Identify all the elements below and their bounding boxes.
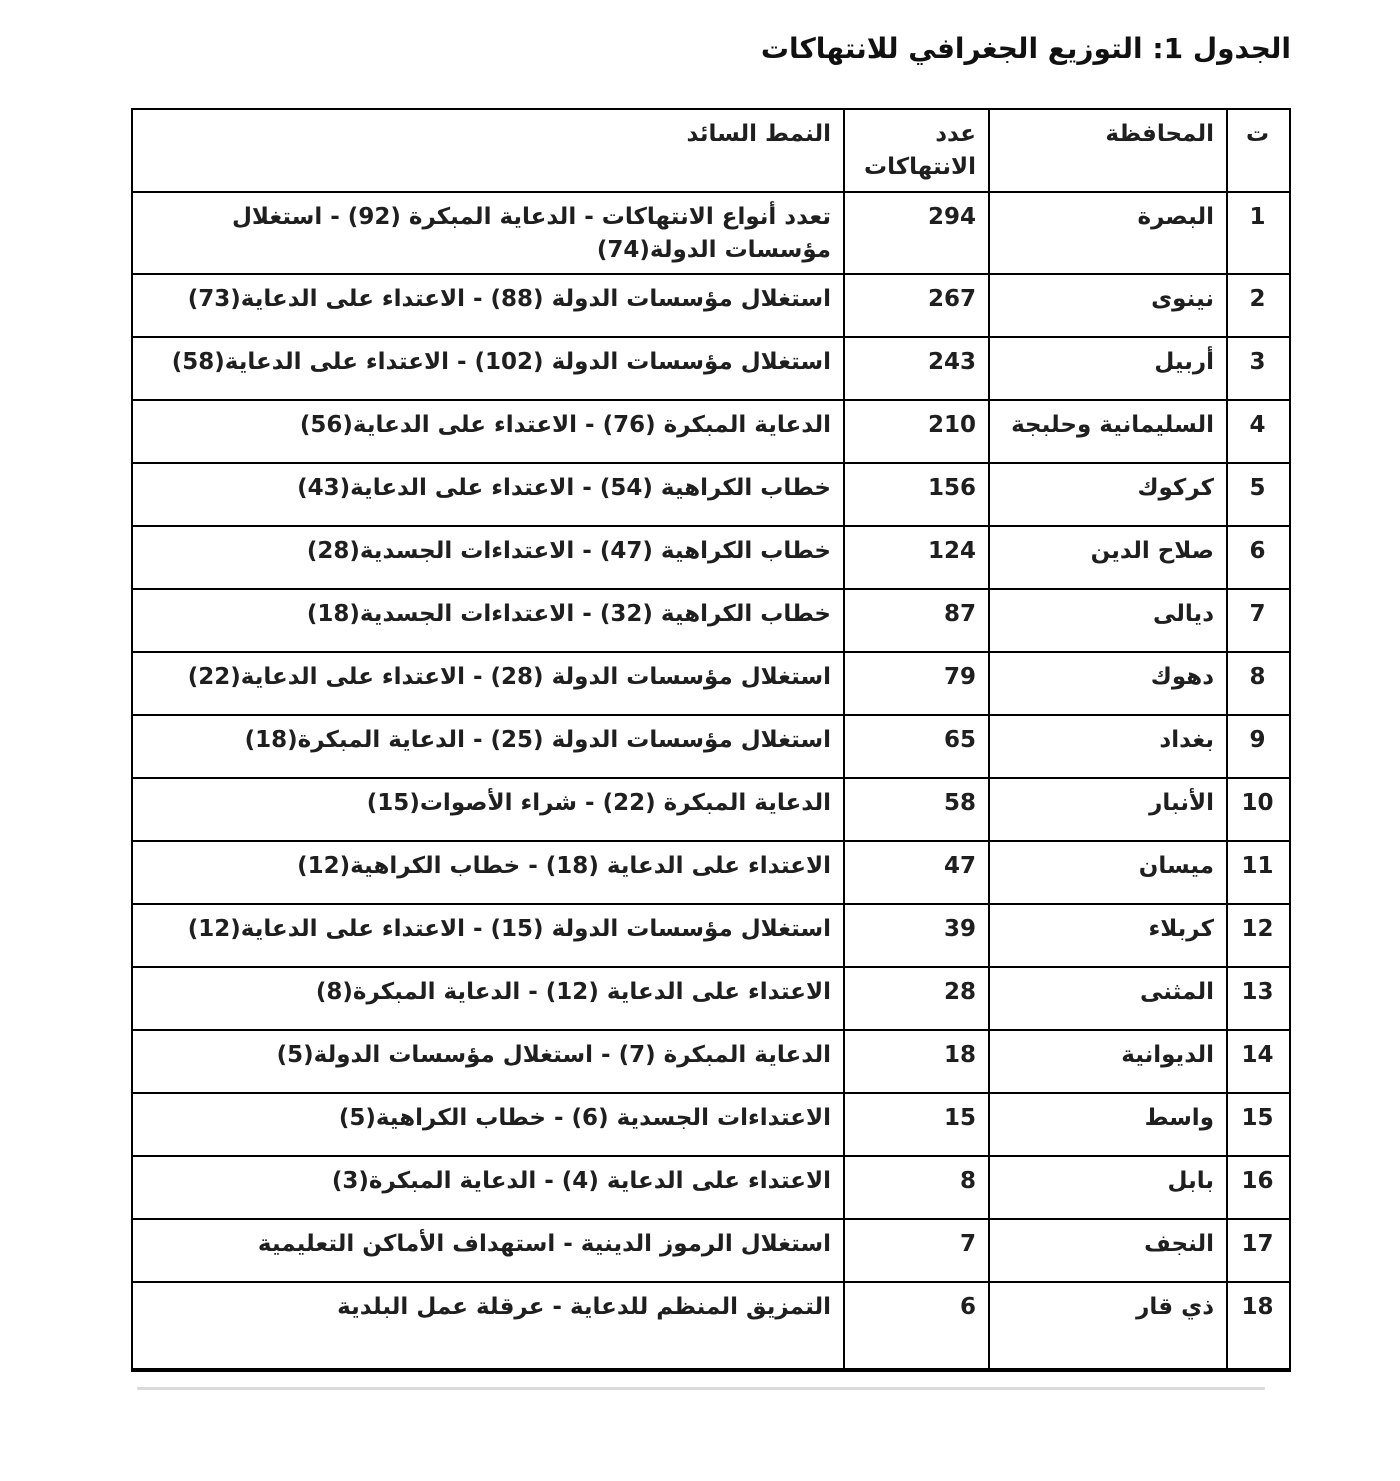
table-header-row: ت المحافظة عدد الانتهاكات النمط السائد [132, 109, 1290, 192]
page-title: الجدول 1: التوزيع الجغرافي للانتهاكات [761, 32, 1291, 65]
cell-violations-count: 47 [844, 841, 989, 904]
table-row: 8 دهوك 79 استغلال مؤسسات الدولة (28) - ا… [132, 652, 1290, 715]
cell-index: 1 [1227, 192, 1290, 275]
cell-violations-count: 243 [844, 337, 989, 400]
table-row: 18 ذي قار 6 التمزيق المنظم للدعاية - عرق… [132, 1282, 1290, 1370]
cell-index: 11 [1227, 841, 1290, 904]
table-row: 7 ديالى 87 خطاب الكراهية (32) - الاعتداء… [132, 589, 1290, 652]
cell-violations-count: 6 [844, 1282, 989, 1370]
cell-index: 6 [1227, 526, 1290, 589]
table-row: 15 واسط 15 الاعتداءات الجسدية (6) - خطاب… [132, 1093, 1290, 1156]
table-row: 12 كربلاء 39 استغلال مؤسسات الدولة (15) … [132, 904, 1290, 967]
cell-index: 13 [1227, 967, 1290, 1030]
cell-dominant-pattern: تعدد أنواع الانتهاكات - الدعاية المبكرة … [132, 192, 844, 275]
cell-dominant-pattern: استغلال مؤسسات الدولة (15) - الاعتداء عل… [132, 904, 844, 967]
header-index: ت [1227, 109, 1290, 192]
cell-governorate: دهوك [989, 652, 1227, 715]
cell-dominant-pattern: الاعتداء على الدعاية (12) - الدعاية المب… [132, 967, 844, 1030]
table-body: 1 البصرة 294 تعدد أنواع الانتهاكات - الد… [132, 192, 1290, 1371]
table-row: 6 صلاح الدين 124 خطاب الكراهية (47) - ال… [132, 526, 1290, 589]
page-divider [137, 1387, 1265, 1390]
table-row: 10 الأنبار 58 الدعاية المبكرة (22) - شرا… [132, 778, 1290, 841]
table-row: 17 النجف 7 استغلال الرموز الدينية - استه… [132, 1219, 1290, 1282]
cell-index: 3 [1227, 337, 1290, 400]
cell-index: 15 [1227, 1093, 1290, 1156]
cell-violations-count: 294 [844, 192, 989, 275]
cell-governorate: واسط [989, 1093, 1227, 1156]
cell-governorate: السليمانية وحلبجة [989, 400, 1227, 463]
header-governorate: المحافظة [989, 109, 1227, 192]
cell-governorate: ميسان [989, 841, 1227, 904]
table-row: 5 كركوك 156 خطاب الكراهية (54) - الاعتدا… [132, 463, 1290, 526]
cell-governorate: بغداد [989, 715, 1227, 778]
cell-violations-count: 58 [844, 778, 989, 841]
cell-dominant-pattern: خطاب الكراهية (54) - الاعتداء على الدعاي… [132, 463, 844, 526]
violations-table: ت المحافظة عدد الانتهاكات النمط السائد 1… [131, 108, 1291, 1372]
cell-violations-count: 79 [844, 652, 989, 715]
cell-dominant-pattern: استغلال الرموز الدينية - استهداف الأماكن… [132, 1219, 844, 1282]
cell-dominant-pattern: خطاب الكراهية (32) - الاعتداءات الجسدية(… [132, 589, 844, 652]
cell-dominant-pattern: استغلال مؤسسات الدولة (25) - الدعاية الم… [132, 715, 844, 778]
cell-violations-count: 124 [844, 526, 989, 589]
cell-index: 4 [1227, 400, 1290, 463]
header-violations-count: عدد الانتهاكات [844, 109, 989, 192]
cell-violations-count: 39 [844, 904, 989, 967]
table-row: 9 بغداد 65 استغلال مؤسسات الدولة (25) - … [132, 715, 1290, 778]
cell-index: 9 [1227, 715, 1290, 778]
cell-governorate: كربلاء [989, 904, 1227, 967]
cell-dominant-pattern: التمزيق المنظم للدعاية - عرقلة عمل البلد… [132, 1282, 844, 1370]
cell-index: 8 [1227, 652, 1290, 715]
cell-violations-count: 15 [844, 1093, 989, 1156]
cell-dominant-pattern: الاعتداءات الجسدية (6) - خطاب الكراهية(5… [132, 1093, 844, 1156]
cell-governorate: كركوك [989, 463, 1227, 526]
cell-dominant-pattern: استغلال مؤسسات الدولة (88) - الاعتداء عل… [132, 274, 844, 337]
cell-governorate: أربيل [989, 337, 1227, 400]
table-row: 1 البصرة 294 تعدد أنواع الانتهاكات - الد… [132, 192, 1290, 275]
table-row: 4 السليمانية وحلبجة 210 الدعاية المبكرة … [132, 400, 1290, 463]
cell-governorate: الأنبار [989, 778, 1227, 841]
table-row: 14 الديوانية 18 الدعاية المبكرة (7) - اس… [132, 1030, 1290, 1093]
cell-governorate: صلاح الدين [989, 526, 1227, 589]
cell-dominant-pattern: الاعتداء على الدعاية (18) - خطاب الكراهي… [132, 841, 844, 904]
cell-dominant-pattern: استغلال مؤسسات الدولة (28) - الاعتداء عل… [132, 652, 844, 715]
table-row: 11 ميسان 47 الاعتداء على الدعاية (18) - … [132, 841, 1290, 904]
table-row: 13 المثنى 28 الاعتداء على الدعاية (12) -… [132, 967, 1290, 1030]
cell-violations-count: 18 [844, 1030, 989, 1093]
cell-governorate: نينوى [989, 274, 1227, 337]
cell-index: 10 [1227, 778, 1290, 841]
cell-governorate: المثنى [989, 967, 1227, 1030]
table-row: 3 أربيل 243 استغلال مؤسسات الدولة (102) … [132, 337, 1290, 400]
cell-dominant-pattern: الدعاية المبكرة (76) - الاعتداء على الدع… [132, 400, 844, 463]
cell-dominant-pattern: الدعاية المبكرة (22) - شراء الأصوات(15) [132, 778, 844, 841]
cell-governorate: ديالى [989, 589, 1227, 652]
cell-index: 17 [1227, 1219, 1290, 1282]
cell-governorate: ذي قار [989, 1282, 1227, 1370]
cell-index: 2 [1227, 274, 1290, 337]
cell-index: 18 [1227, 1282, 1290, 1370]
cell-governorate: البصرة [989, 192, 1227, 275]
cell-dominant-pattern: خطاب الكراهية (47) - الاعتداءات الجسدية(… [132, 526, 844, 589]
cell-index: 7 [1227, 589, 1290, 652]
cell-violations-count: 7 [844, 1219, 989, 1282]
cell-governorate: بابل [989, 1156, 1227, 1219]
cell-index: 14 [1227, 1030, 1290, 1093]
cell-violations-count: 210 [844, 400, 989, 463]
cell-violations-count: 156 [844, 463, 989, 526]
cell-governorate: الديوانية [989, 1030, 1227, 1093]
table-row: 2 نينوى 267 استغلال مؤسسات الدولة (88) -… [132, 274, 1290, 337]
cell-violations-count: 87 [844, 589, 989, 652]
cell-index: 16 [1227, 1156, 1290, 1219]
cell-dominant-pattern: استغلال مؤسسات الدولة (102) - الاعتداء ع… [132, 337, 844, 400]
cell-violations-count: 28 [844, 967, 989, 1030]
cell-index: 5 [1227, 463, 1290, 526]
cell-violations-count: 267 [844, 274, 989, 337]
cell-dominant-pattern: الدعاية المبكرة (7) - استغلال مؤسسات الد… [132, 1030, 844, 1093]
cell-violations-count: 8 [844, 1156, 989, 1219]
table-row: 16 بابل 8 الاعتداء على الدعاية (4) - الد… [132, 1156, 1290, 1219]
cell-violations-count: 65 [844, 715, 989, 778]
cell-dominant-pattern: الاعتداء على الدعاية (4) - الدعاية المبك… [132, 1156, 844, 1219]
header-dominant-pattern: النمط السائد [132, 109, 844, 192]
cell-governorate: النجف [989, 1219, 1227, 1282]
cell-index: 12 [1227, 904, 1290, 967]
